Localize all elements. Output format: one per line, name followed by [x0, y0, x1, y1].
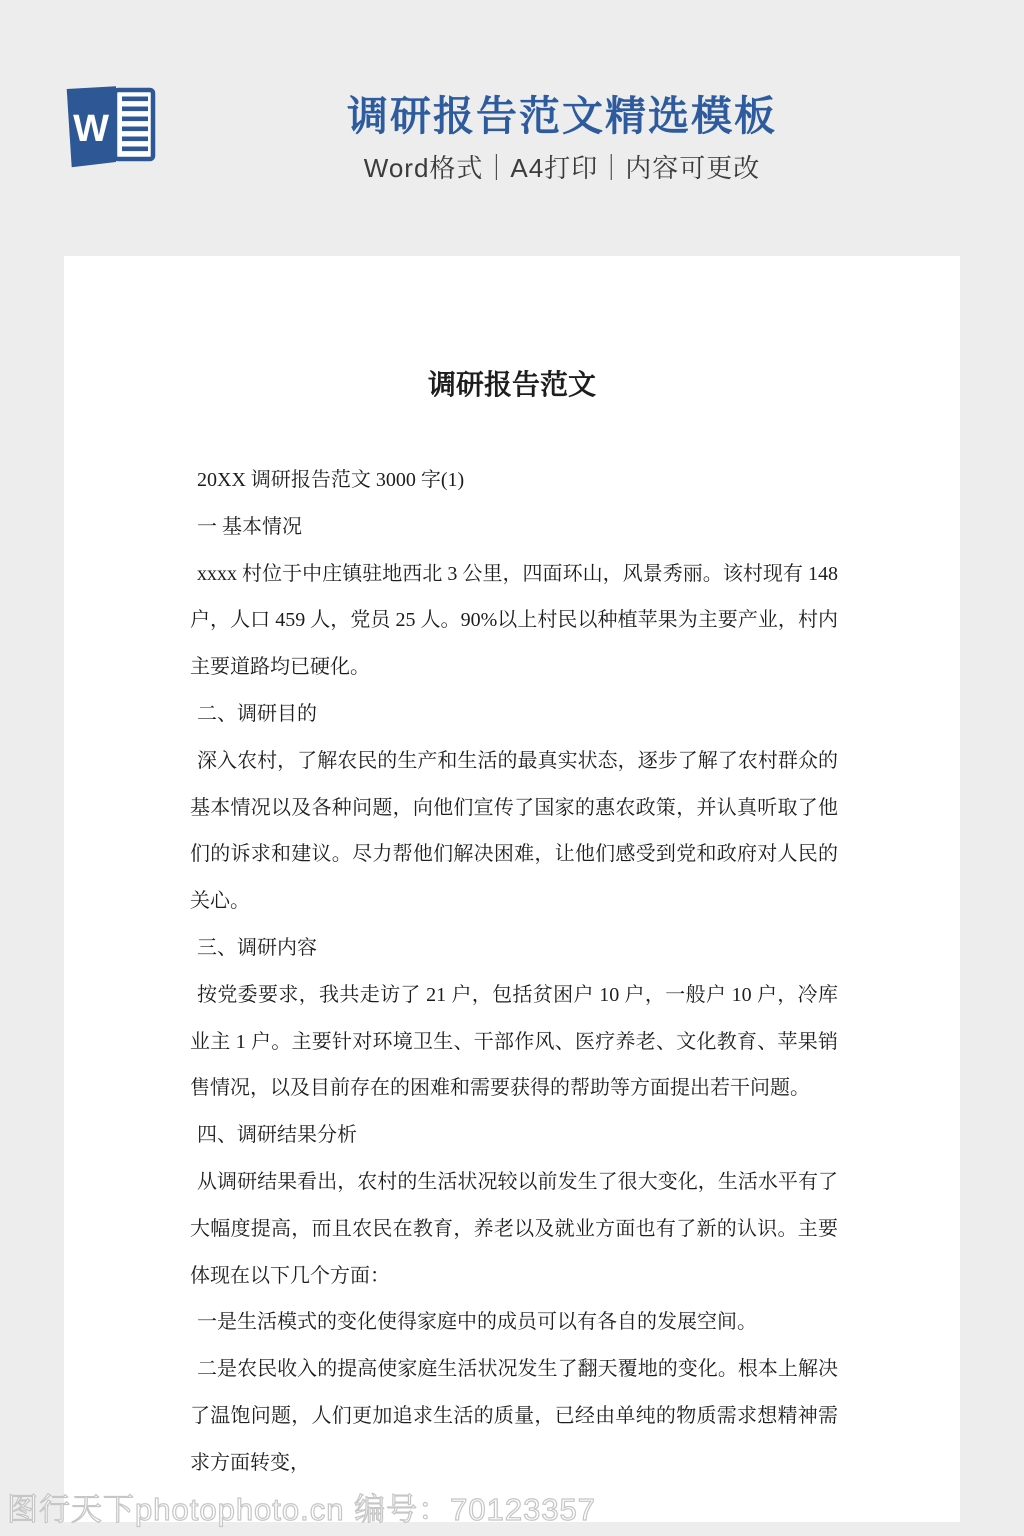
document-paragraph: xxxx 村位于中庄镇驻地西北 3 公里，四面环山，风景秀丽。该村现有 148 …: [190, 551, 838, 691]
document-paragraph: 从调研结果看出，农村的生活状况较以前发生了很大变化，生活水平有了大幅度提高，而且…: [190, 1159, 838, 1299]
document-paragraph: 二是农民收入的提高使家庭生活状况发生了翻天覆地的变化。根本上解决了温饱问题，人们…: [190, 1346, 838, 1486]
document-paragraph: 深入农村，了解农民的生产和生活的最真实状态，逐步了解了农村群众的基本情况以及各种…: [190, 738, 838, 925]
document-heading: 二、调研目的: [190, 691, 838, 738]
document-page: 调研报告范文 20XX 调研报告范文 3000 字(1) 一 基本情况 xxxx…: [64, 256, 960, 1522]
header-text-block: 调研报告范文精选模板 Word格式｜A4打印｜内容可更改: [100, 94, 1024, 183]
document-paragraph: 一是生活模式的变化使得家庭中的成员可以有各自的发展空间。: [190, 1299, 838, 1346]
document-title: 调研报告范文: [64, 256, 960, 403]
document-paragraph: 20XX 调研报告范文 3000 字(1): [190, 457, 838, 504]
site-watermark: 图行天下photophoto.cn 编号：70123357: [7, 1484, 596, 1529]
document-heading: 四、调研结果分析: [190, 1112, 838, 1159]
document-heading: 三、调研内容: [190, 925, 838, 972]
header-subtitle: Word格式｜A4打印｜内容可更改: [100, 154, 1024, 183]
document-heading: 一 基本情况: [190, 504, 838, 551]
document-body: 20XX 调研报告范文 3000 字(1) 一 基本情况 xxxx 村位于中庄镇…: [64, 457, 960, 1487]
header: W 调研报告范文精选模板 Word格式｜A4打印｜内容可更改: [0, 0, 1024, 256]
template-preview-page: W 调研报告范文精选模板 Word格式｜A4打印｜内容可更改 调研报告范文 20…: [0, 0, 1024, 1536]
header-title: 调研报告范文精选模板: [100, 94, 1024, 139]
document-paragraph: 按党委要求，我共走访了 21 户，包括贫困户 10 户，一般户 10 户，冷库业…: [190, 972, 838, 1112]
